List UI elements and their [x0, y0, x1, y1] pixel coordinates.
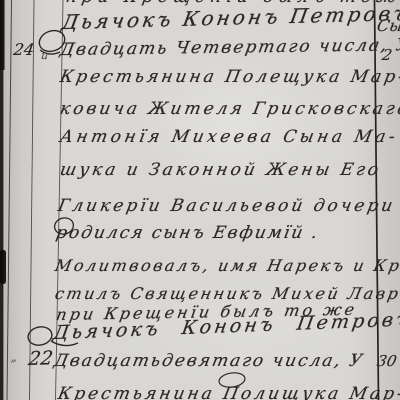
column-rule-1: [7, 0, 12, 400]
right-col-fragment-top: Сы: [375, 16, 400, 35]
line-24-lawful-wife: шука и Законной Жены Его: [58, 160, 383, 180]
metric-book-page: 24 и 22 „ при Крещенїи былъ тоже Дьячокъ…: [0, 0, 400, 400]
line-24-residence: ковича Жителя Грисковскаго: [58, 99, 400, 119]
line-24-prayer-baptism: Молитвовалъ, имя Нарекъ и Кре-: [53, 256, 400, 275]
line-24-father: Антонїя Михеева Сына Ма-: [58, 127, 400, 147]
line-24-peasant: Крестьянина Полещука Мар-: [58, 67, 400, 87]
column-rule-2: [30, 0, 35, 400]
line-24-son-born: родился сынъ Евфимїй .: [54, 223, 321, 243]
page-edge-top: [0, 0, 5, 70]
line-22-date: Двадцатьдевятаго числа, У: [52, 351, 365, 371]
page-edge-blob: [0, 250, 6, 284]
record-number-24: 24: [12, 40, 35, 59]
line-24-mother: Гликерїи Васильевой дочери: [56, 196, 397, 216]
line-22-peasant: Крестьянина Полищука Мар-: [56, 384, 400, 400]
record-number-22: 22: [27, 347, 54, 370]
right-col-day-22: 30: [376, 352, 399, 370]
